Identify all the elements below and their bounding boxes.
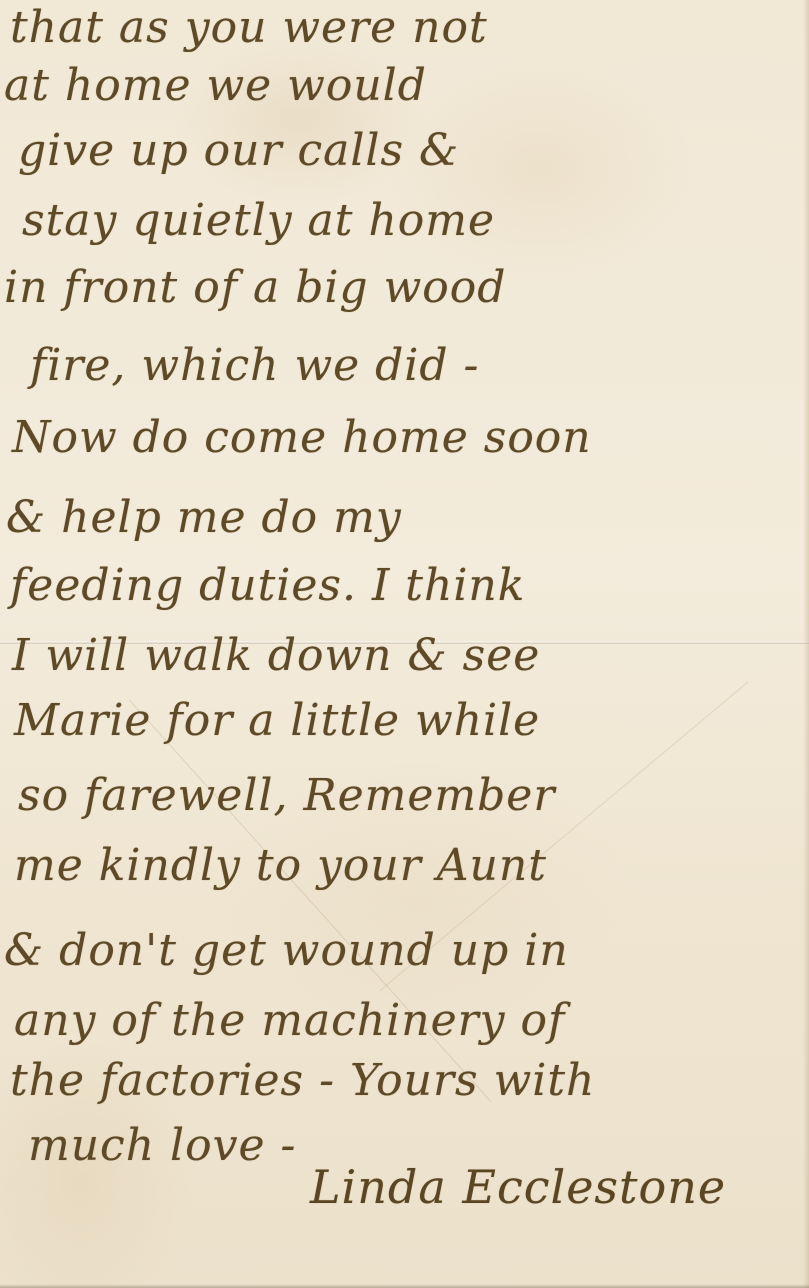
letter-line-9: feeding duties. I think [10, 560, 525, 611]
letter-line-17: much love - [28, 1120, 296, 1171]
letter-line-14: & don't get wound up in [4, 925, 569, 976]
signature: Linda Ecclestone [310, 1160, 726, 1214]
letter-line-13: me kindly to your Aunt [14, 840, 547, 891]
paper-edge-right [803, 0, 809, 1288]
letter-line-15: any of the machinery of [14, 995, 565, 1046]
paper-edge-bottom [0, 1284, 809, 1288]
letter-line-10: I will walk down & see [12, 630, 540, 681]
letter-line-4: stay quietly at home [22, 195, 495, 246]
letter-line-16: the factories - Yours with [10, 1055, 595, 1106]
letter-line-11: Marie for a little while [14, 695, 540, 746]
letter-line-2: at home we would [4, 60, 427, 111]
letter-line-1: that as you were not [10, 2, 488, 53]
letter-line-5: in front of a big wood [4, 262, 506, 313]
letter-line-7: Now do come home soon [12, 412, 592, 463]
letter-line-8: & help me do my [6, 492, 402, 543]
letter-line-3: give up our calls & [18, 125, 459, 176]
letter-page: that as you were not at home we would gi… [0, 0, 809, 1288]
letter-line-6: fire, which we did - [30, 340, 479, 391]
letter-line-12: so farewell, Remember [18, 770, 555, 821]
